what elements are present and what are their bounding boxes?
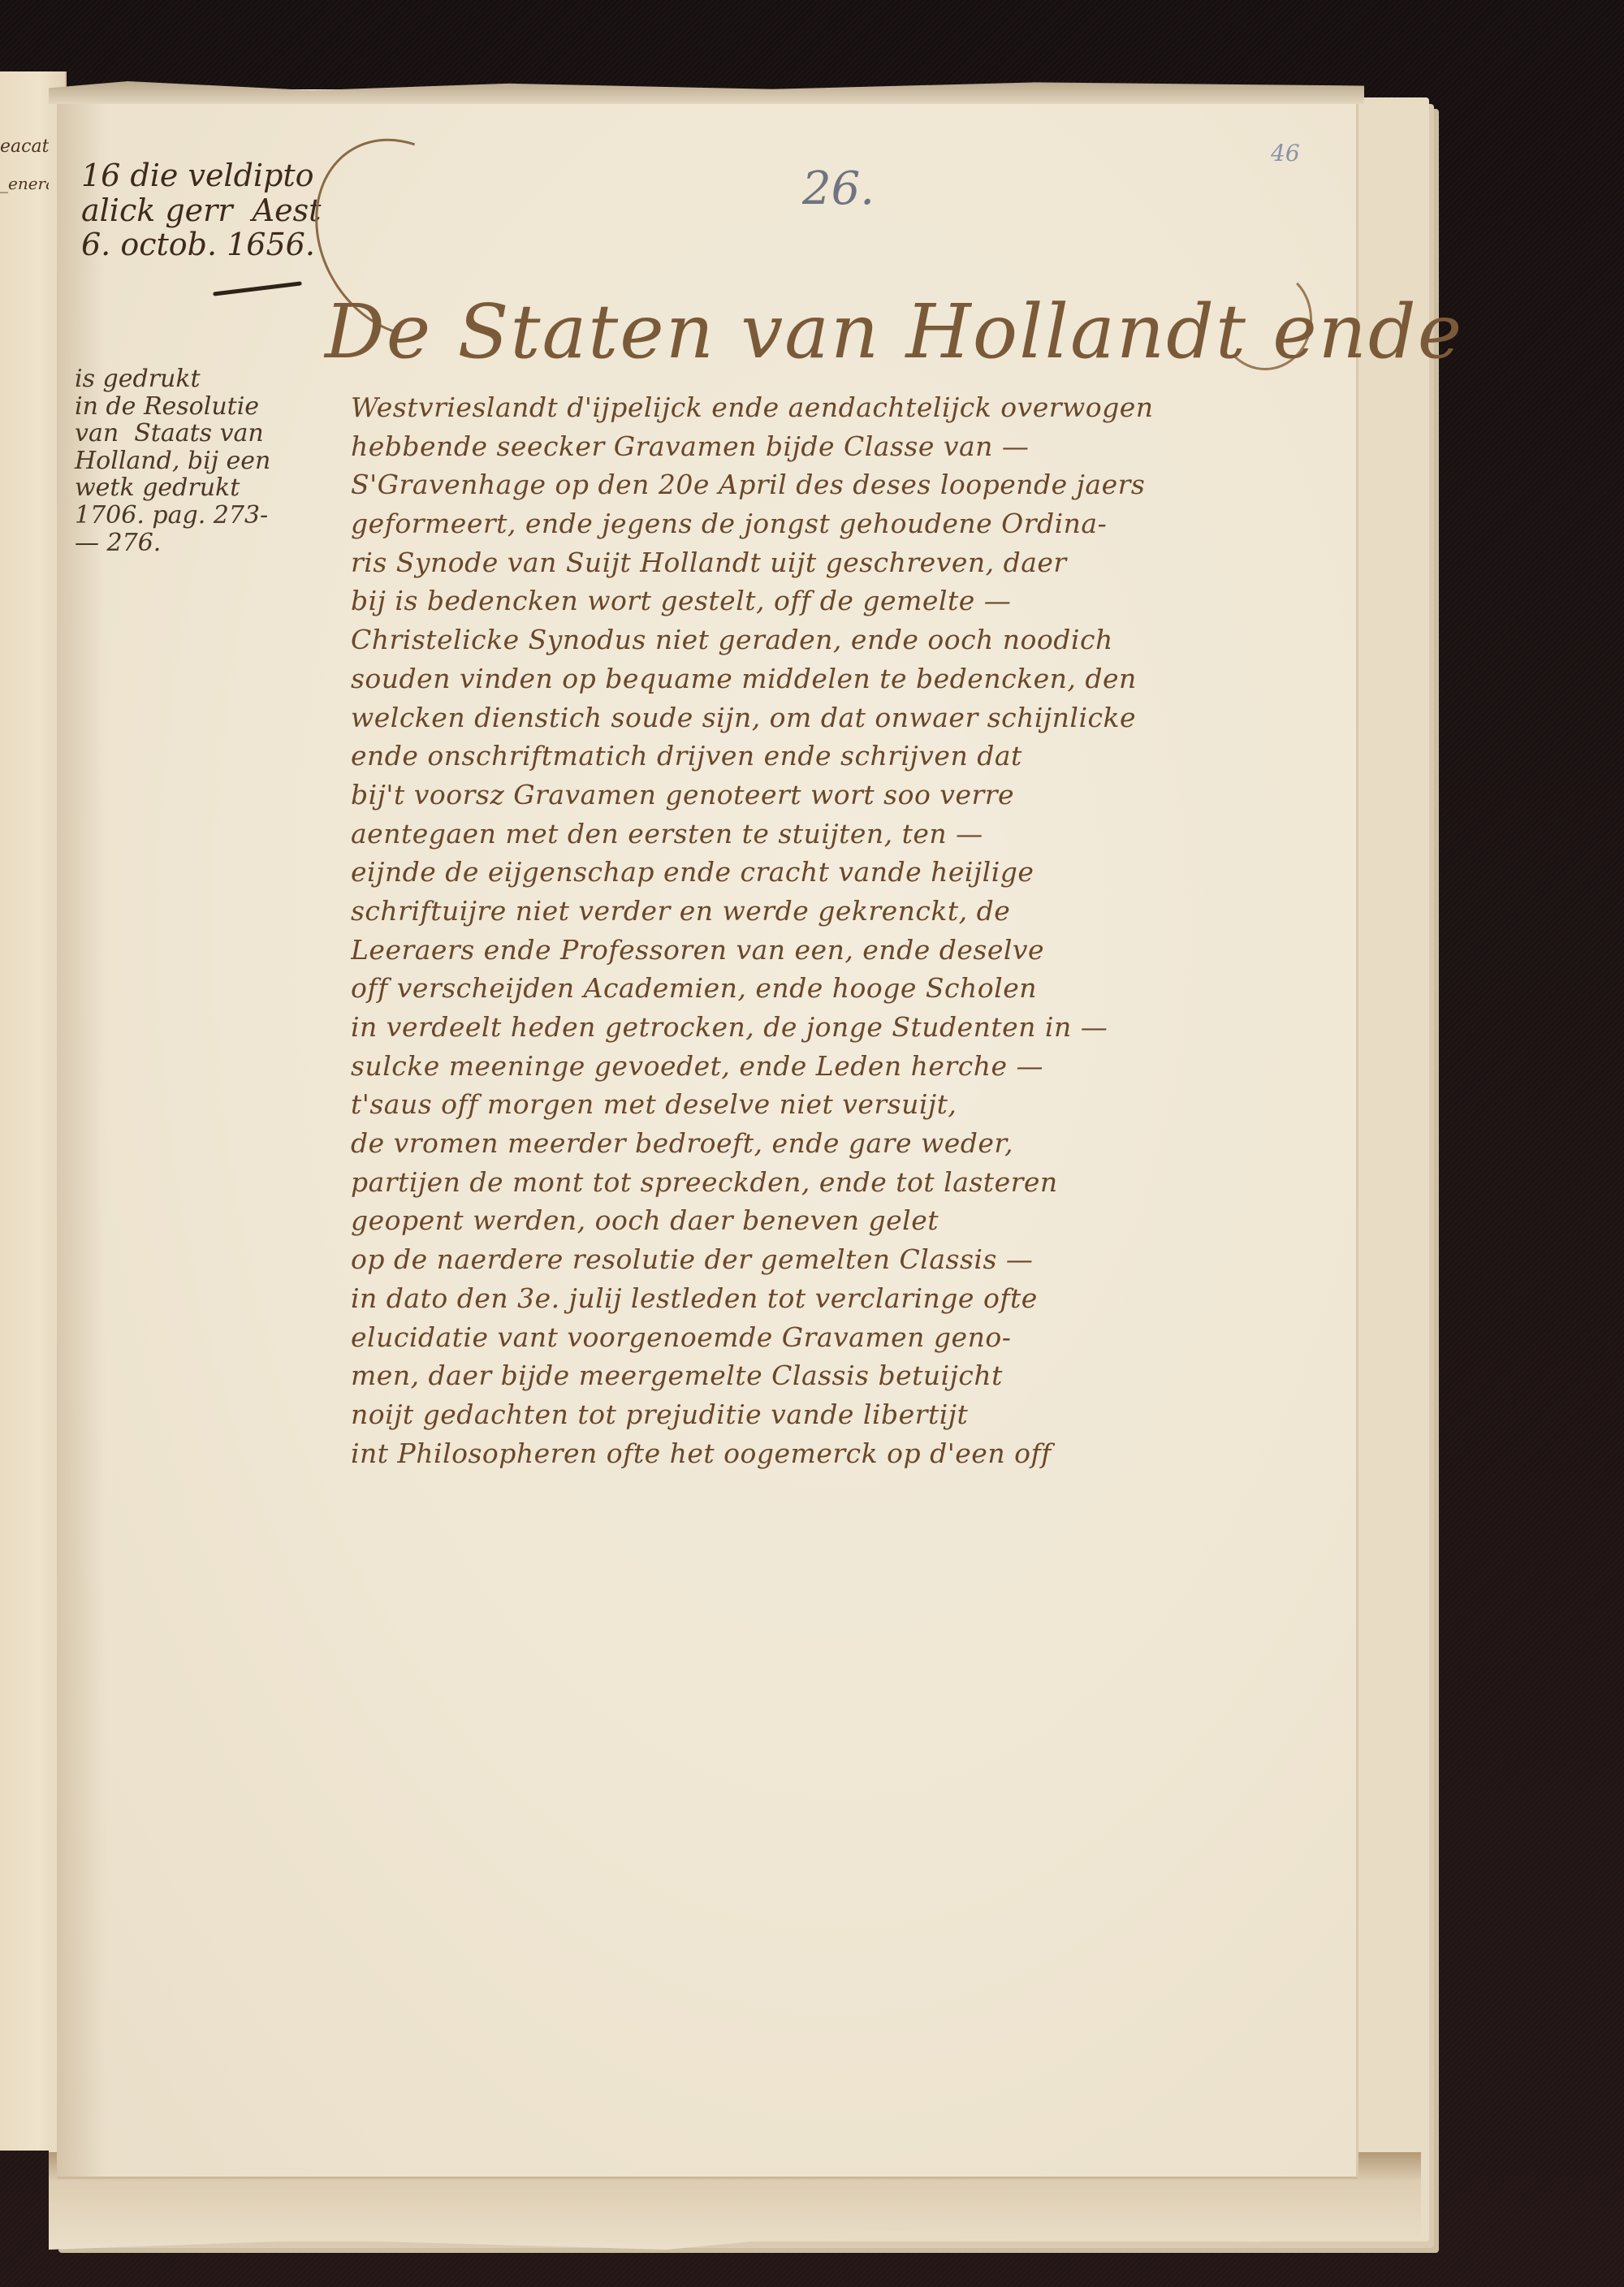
text-line: de vromen meerder bedroeft, ende gare we… <box>351 1124 1341 1163</box>
margin-note-line: 16 die veldipto <box>81 158 321 193</box>
text-line: geopent werden, ooch daer beneven gelet <box>351 1201 1341 1240</box>
text-line: in verdeelt heden getrocken, de jonge St… <box>351 1008 1341 1047</box>
margin-note-line: van Staats van <box>75 420 270 447</box>
margin-note-line: alick gerr Aest <box>81 193 321 228</box>
manuscript-body: Westvrieslandt d'ijpelijck ende aendacht… <box>351 388 1341 1472</box>
margin-note-line: Holland, bij een <box>75 447 270 475</box>
margin-note-line: — 276. <box>75 530 270 557</box>
text-line: bij is bedencken wort gestelt, off de ge… <box>351 581 1341 620</box>
margin-note-line: is gedrukt <box>75 365 270 393</box>
margin-note-line: 1706. pag. 273- <box>75 502 270 530</box>
text-line: Westvrieslandt d'ijpelijck ende aendacht… <box>351 388 1341 427</box>
text-line: Christelicke Synodus niet geraden, ende … <box>351 620 1341 659</box>
text-line: noijt gedachten tot prejuditie vande lib… <box>351 1395 1341 1434</box>
margin-note-line: wetk gedrukt <box>75 474 270 502</box>
text-line: eijnde de eijgenschap ende cracht vande … <box>351 853 1341 892</box>
text-line: int Philosopheren ofte het oogemerck op … <box>351 1434 1341 1473</box>
text-line: men, daer bijde meergemelte Classis betu… <box>351 1356 1341 1395</box>
text-line: schriftuijre niet verder en werde gekren… <box>351 892 1341 931</box>
text-line: welcken dienstich soude sijn, om dat onw… <box>351 698 1341 737</box>
margin-note-date: 6. octob. 1656. <box>81 227 321 262</box>
text-line: ris Synode van Suijt Hollandt uijt gesch… <box>351 543 1341 582</box>
margin-note-printed-reference: is gedruktin de Resolutievan Staats vanH… <box>75 365 270 556</box>
text-line: hebbende seecker Gravamen bijde Classe v… <box>351 427 1341 466</box>
text-line: bij't voorsz Gravamen genoteert wort soo… <box>351 776 1341 815</box>
text-line: op de naerdere resolutie der gemelten Cl… <box>351 1240 1341 1279</box>
folio-number-new: 46 <box>1271 140 1300 166</box>
text-line: elucidatie vant voorgenoemde Gravamen ge… <box>351 1318 1341 1357</box>
text-line: aentegaen met den eersten te stuijten, t… <box>351 815 1341 854</box>
document-heading: De Staten van Hollandt ende <box>325 288 1299 375</box>
text-line: geformeert, ende jegens de jongst gehoud… <box>351 504 1341 543</box>
text-line: Leeraers ende Professoren van een, ende … <box>351 931 1341 970</box>
margin-note-top: 16 die veldiptoalick gerr Aest6. octob. … <box>81 158 321 262</box>
text-line: ende onschriftmatich drijven ende schrij… <box>351 737 1341 776</box>
text-line: souden vinden op bequame middelen te bed… <box>351 659 1341 698</box>
text-line: partijen de mont tot spreeckden, ende to… <box>351 1163 1341 1202</box>
text-line: in dato den 3e. julij lestleden tot verc… <box>351 1279 1341 1318</box>
text-line: S'Gravenhage op den 20e April des deses … <box>351 465 1341 504</box>
margin-note-line: in de Resolutie <box>75 393 270 421</box>
text-line: sulcke meeninge gevoedet, ende Leden her… <box>351 1047 1341 1086</box>
folio-number-old: 26. <box>802 162 875 215</box>
text-line: t'saus off morgen met deselve niet versu… <box>351 1085 1341 1124</box>
text-line: off verscheijden Academien, ende hooge S… <box>351 969 1341 1008</box>
